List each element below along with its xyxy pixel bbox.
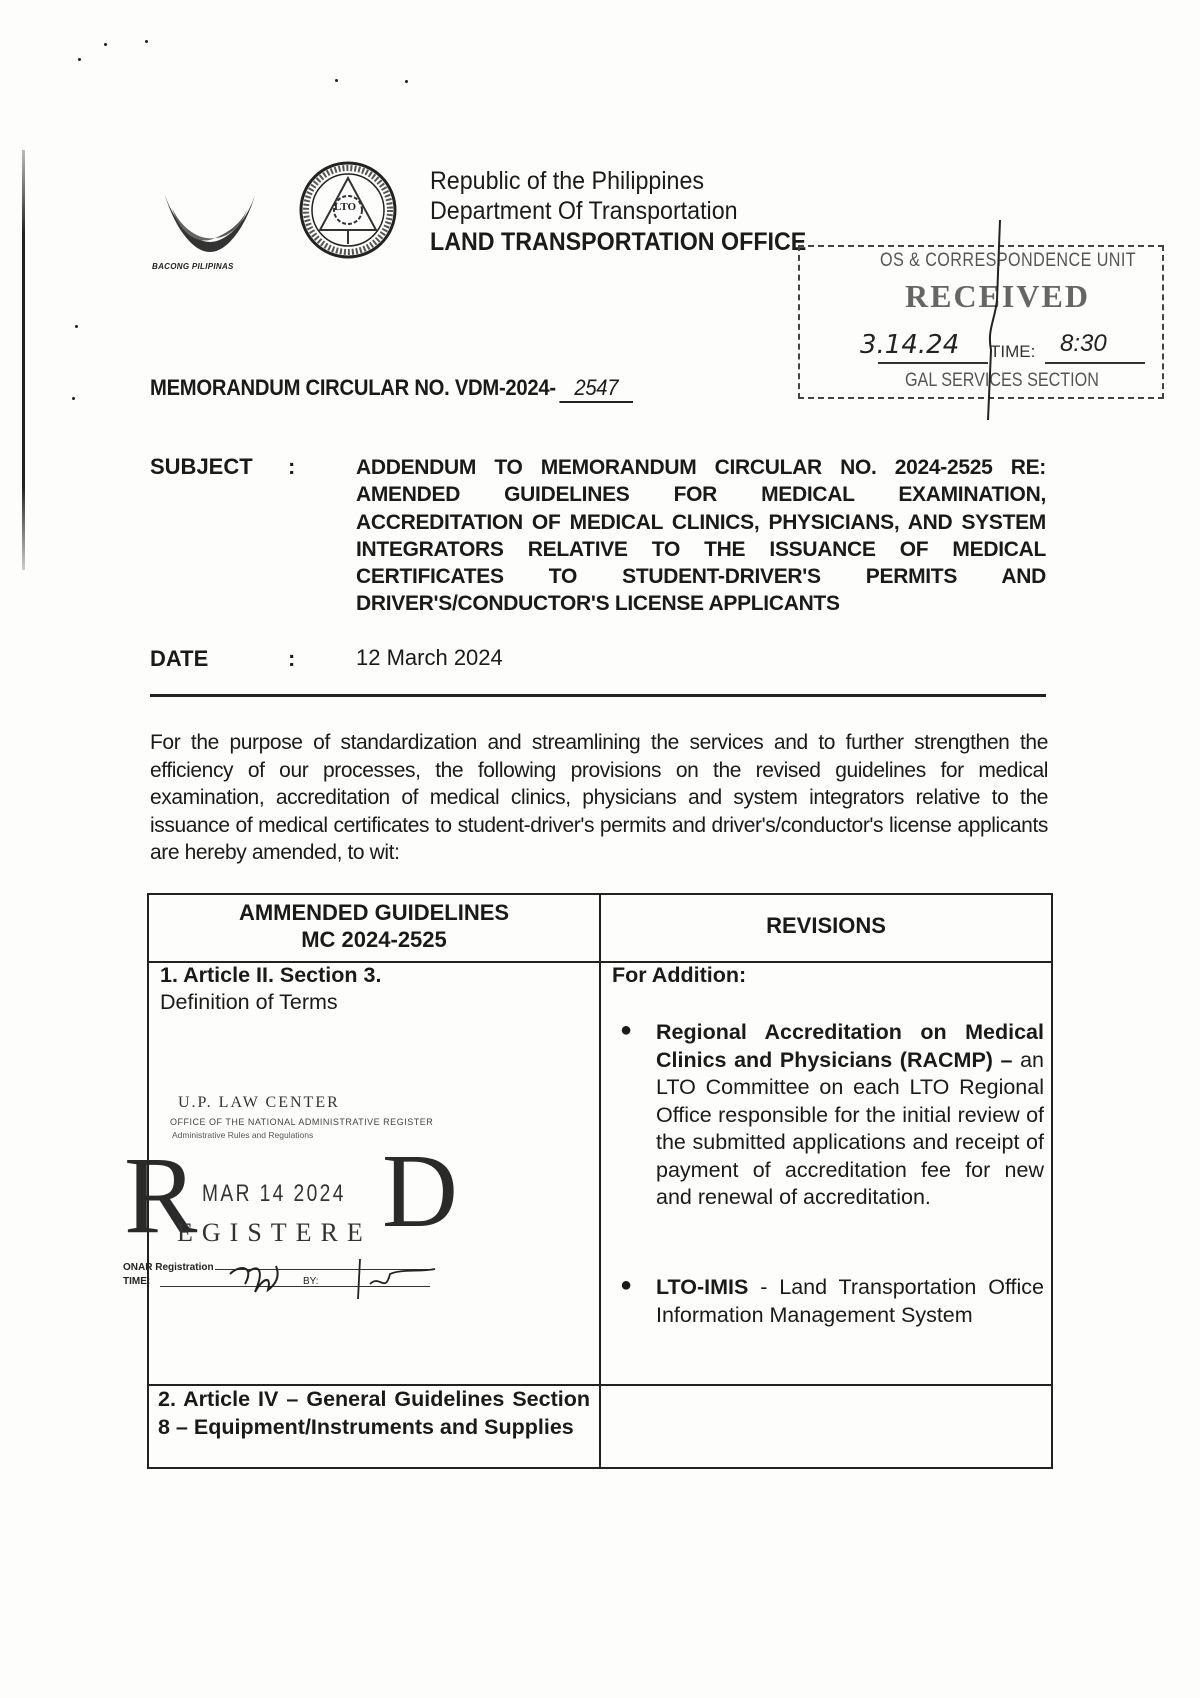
stamp-date-line (878, 362, 988, 364)
bullet-body: Regional Accreditation on Medical Clinic… (656, 1019, 1044, 1212)
signature-stroke-icon (985, 220, 1005, 420)
date-colon: : (288, 646, 295, 672)
subject-text: ADDENDUM TO MEMORANDUM CIRCULAR NO. 2024… (356, 454, 1046, 618)
header-department: Department Of Transportation (430, 196, 738, 226)
date-label: DATE (150, 646, 208, 672)
scan-speck (335, 79, 338, 82)
row1-right-heading: For Addition: (612, 962, 1042, 989)
subject-colon: : (288, 454, 295, 480)
header-office: LAND TRANSPORTATION OFFICE (430, 227, 806, 257)
handwritten-signature-icon (210, 1254, 440, 1304)
scan-speck (104, 43, 107, 46)
registered-stamp-sub1: OFFICE OF THE NATIONAL ADMINISTRATIVE RE… (170, 1117, 433, 1127)
stamp-date: 3.14.24 (860, 330, 959, 360)
bullet-icon: ● (620, 1019, 632, 1042)
date-value: 12 March 2024 (356, 645, 503, 671)
scan-speck (78, 58, 81, 61)
header-line2: MC 2024-2525 (149, 926, 599, 953)
bagong-pilipinas-logo-icon (160, 180, 260, 270)
logo-caption: BACONG PILIPINAS (152, 262, 234, 271)
table-header-revisions: REVISIONS (601, 912, 1051, 939)
bullet-item-racmp: ● Regional Accreditation on Medical Clin… (612, 1019, 1044, 1212)
table-column-divider (599, 893, 601, 1469)
registered-stamp-label1: ONAR Registration (123, 1262, 214, 1273)
registered-stamp-word: EGISTERE (177, 1218, 372, 1248)
header-republic: Republic of the Philippines (430, 166, 704, 196)
stamp-time: 8:30 (1060, 330, 1107, 358)
memo-number: 2547 (560, 375, 634, 403)
scan-edge (22, 150, 25, 570)
row1-title: 1. Article II. Section 3. (160, 962, 590, 989)
registered-stamp-D: D (382, 1138, 458, 1243)
bullet-body: LTO-IMIS - Land Transportation Office In… (656, 1274, 1044, 1329)
stamp-unit: OS & CORRESPONDENCE UNIT (880, 250, 1136, 272)
scan-speck (145, 40, 148, 43)
header-line1: AMMENDED GUIDELINES (149, 899, 599, 926)
registered-stamp-title: U.P. LAW CENTER (178, 1094, 340, 1112)
memo-circular-number: MEMORANDUM CIRCULAR NO. VDM-2024-2547 (150, 375, 633, 403)
scan-speck (405, 80, 408, 83)
divider-rule (150, 694, 1046, 697)
registered-stamp-label2: TIME: (123, 1276, 150, 1287)
memo-prefix: MEMORANDUM CIRCULAR NO. VDM-2024- (150, 375, 556, 400)
body-paragraph: For the purpose of standardization and s… (150, 729, 1048, 867)
term: Regional Accreditation on Medical Clinic… (656, 1020, 1044, 1072)
lto-seal-text: LTO (334, 201, 356, 213)
table-header-amended-guidelines: AMMENDED GUIDELINES MC 2024-2525 (149, 899, 599, 953)
term: LTO-IMIS (656, 1275, 748, 1299)
scan-speck (75, 325, 78, 328)
stamp-time-line (1045, 362, 1145, 364)
subject-label: SUBJECT (150, 454, 253, 480)
row1-left-cell: 1. Article II. Section 3. Definition of … (160, 962, 590, 1016)
bullet-icon: ● (620, 1274, 632, 1297)
row1-subtitle: Definition of Terms (160, 989, 590, 1016)
row2-left-cell: 2. Article IV – General Guidelines Secti… (158, 1386, 590, 1441)
bullet-item-lto-imis: ● LTO-IMIS - Land Transportation Office … (612, 1274, 1044, 1329)
scan-speck (72, 397, 75, 400)
registered-stamp-date: MAR 14 2024 (202, 1180, 346, 1208)
